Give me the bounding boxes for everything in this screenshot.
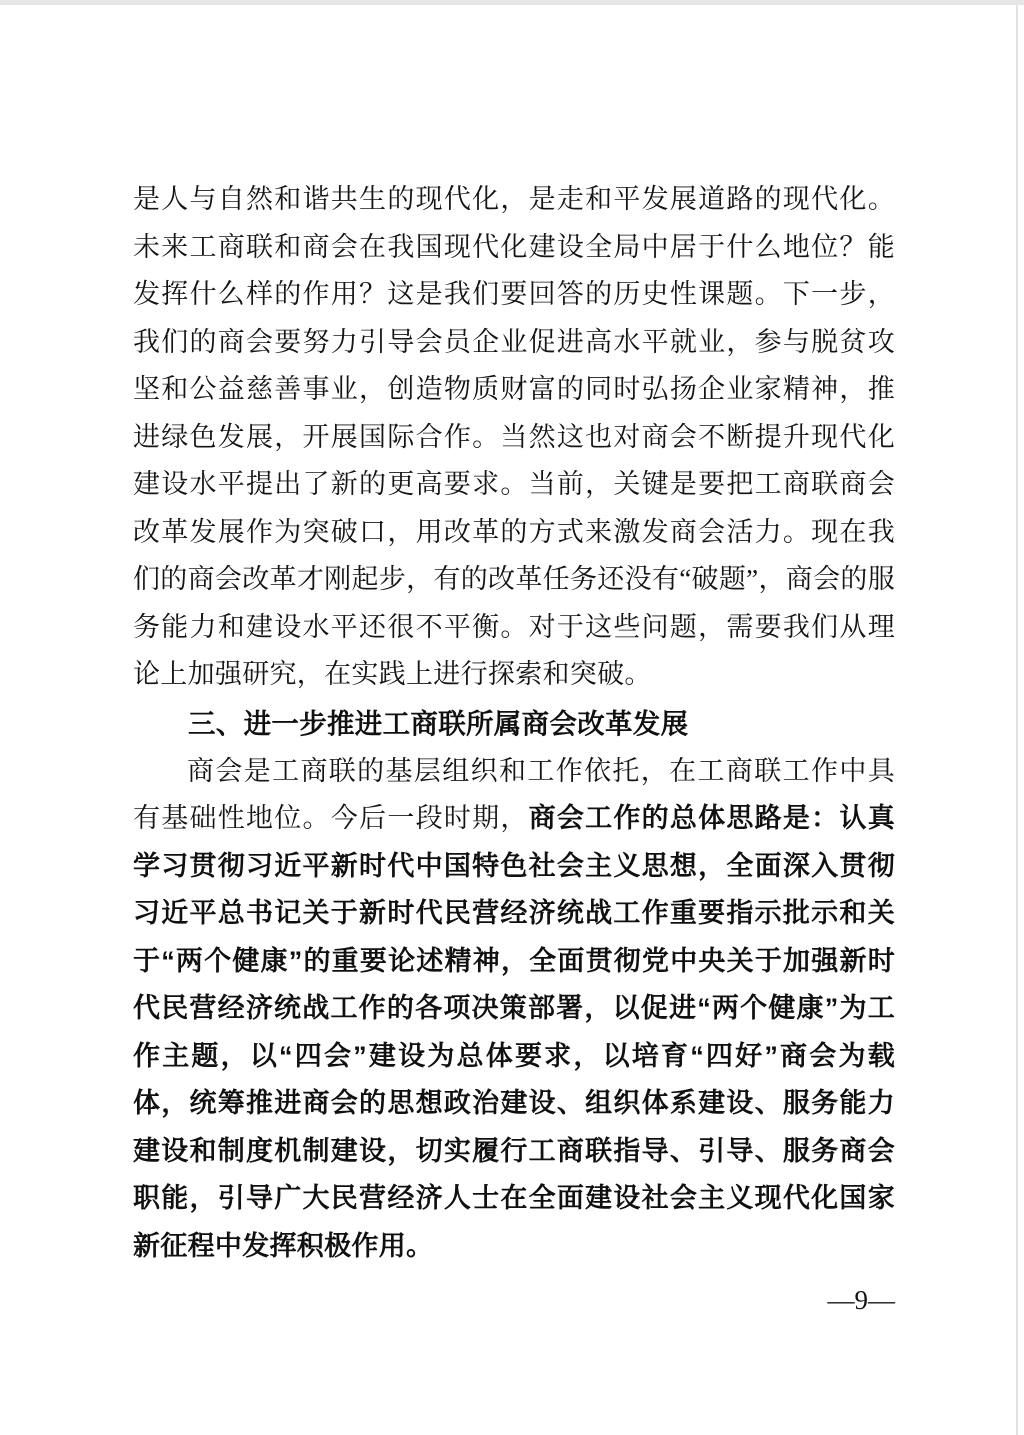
paragraph-overall-approach: 商会是工商联的基层组织和工作依托，在工商联工作中具有基础性地位。今后一段时期，商… [133,748,895,1271]
scan-edge-right [1016,5,1018,1435]
section-heading: 三、进一步推进工商联所属商会改革发展 [133,699,895,748]
page-content: 是人与自然和谐共生的现代化，是走和平发展道路的现代化。未来工商联和商会在我国现代… [133,176,895,1270]
paragraph-overall-approach-bold: 商会工作的总体思路是：认真学习贯彻习近平新时代中国特色社会主义思想，全面深入贯彻… [133,803,895,1261]
document-page: 是人与自然和谐共生的现代化，是走和平发展道路的现代化。未来工商联和商会在我国现代… [0,0,1024,1435]
scan-edge-top [0,0,1024,5]
page-number: —9— [133,1284,895,1316]
paragraph-continuation: 是人与自然和谐共生的现代化，是走和平发展道路的现代化。未来工商联和商会在我国现代… [133,176,895,699]
